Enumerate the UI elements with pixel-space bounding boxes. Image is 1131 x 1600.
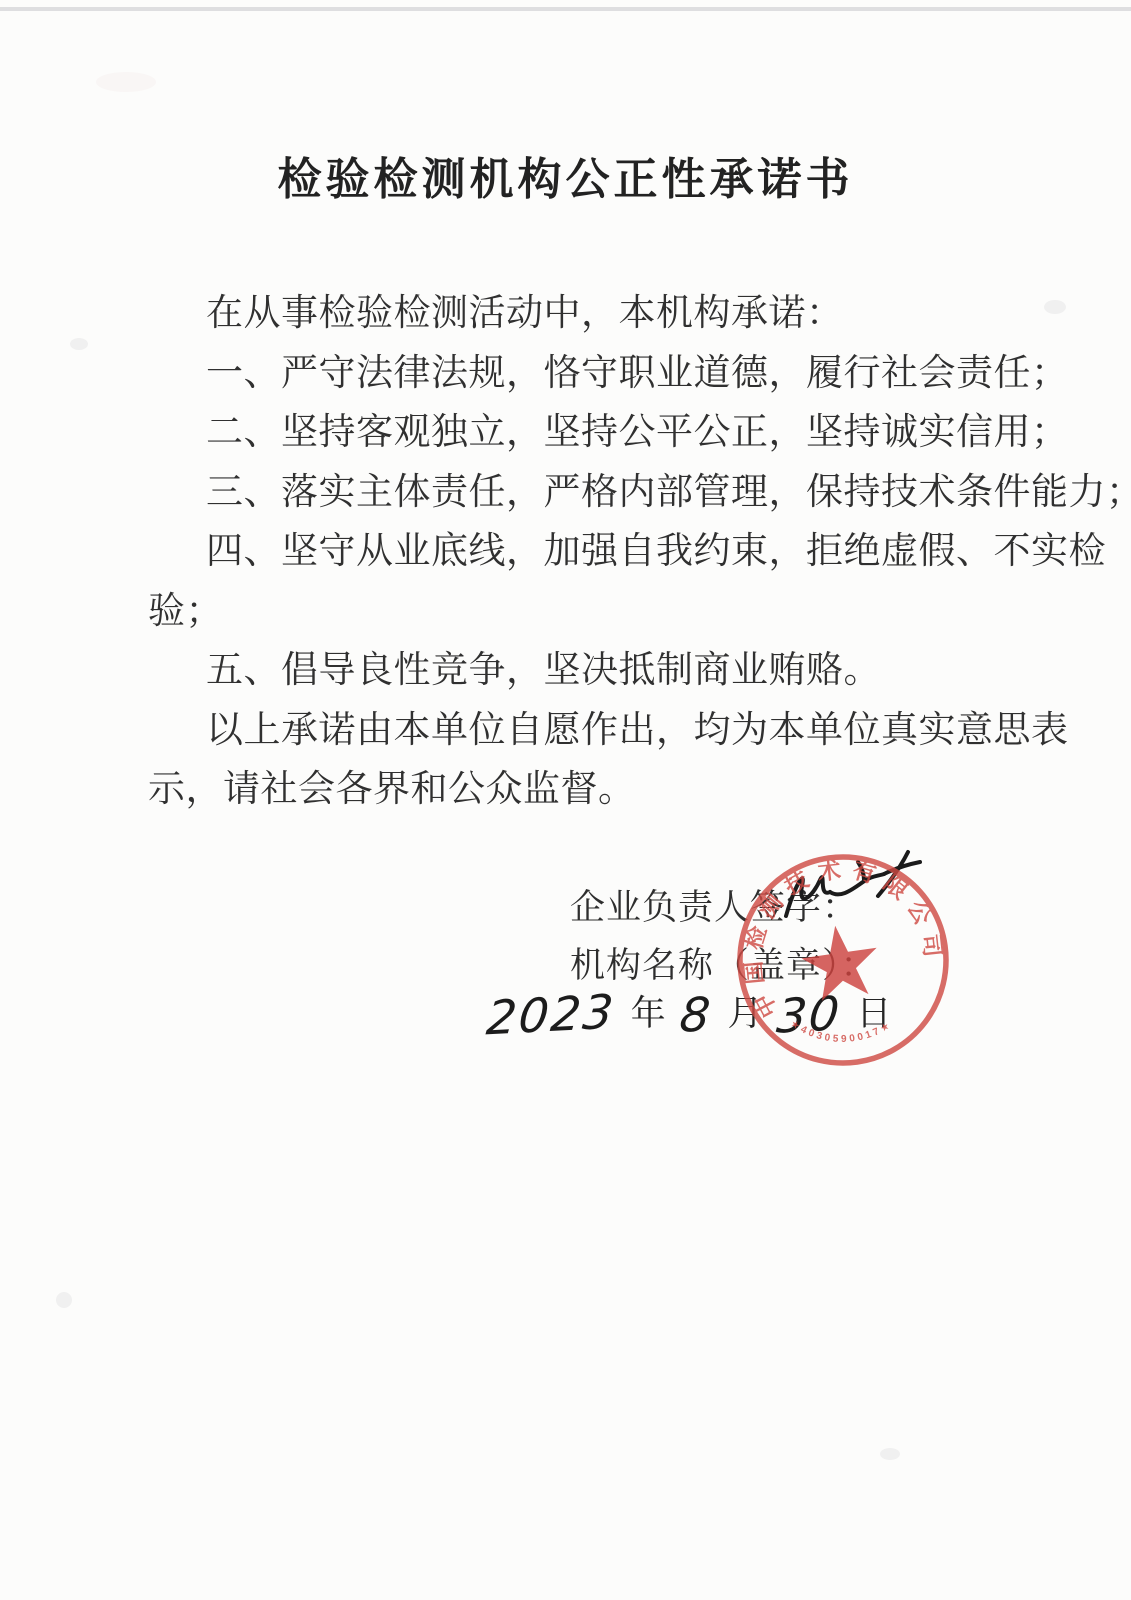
body-line: 四、坚守从业底线，加强自我约束，拒绝虚假、不实检 [148, 522, 1048, 582]
scan-edge-artifact [0, 7, 1131, 11]
seal-serial-number: ★4030590017★ [787, 1005, 896, 1053]
company-seal-stamp: 中国检测技术有限公司 ★4030590017★ [728, 845, 958, 1075]
scan-noise [70, 338, 88, 350]
document-title: 检验检测机构公正性承诺书 [0, 143, 1131, 207]
body-line: 以上承诺由本单位自愿作出，均为本单位真实意思表 [148, 701, 1048, 761]
date-year-unit: 年 [631, 986, 666, 1036]
body-line: 验； [148, 582, 1048, 642]
scan-noise [880, 1448, 900, 1460]
body-line: 示，请社会各界和公众监督。 [148, 760, 1048, 820]
body-line: 在从事检验检测活动中，本机构承诺： [148, 284, 1048, 344]
body-line: 五、倡导良性竞争，坚决抵制商业贿赂。 [148, 641, 1048, 701]
scanned-document-page: 检验检测机构公正性承诺书 在从事检验检测活动中，本机构承诺： 一、严守法律法规，… [0, 0, 1131, 1600]
document-body: 在从事检验检测活动中，本机构承诺： 一、严守法律法规，恪守职业道德，履行社会责任… [148, 284, 1048, 820]
scan-noise [96, 72, 156, 92]
date-year: 2023 [484, 985, 617, 1047]
seal-star-icon [798, 920, 883, 1002]
date-month: 8 [677, 987, 714, 1044]
body-line: 一、严守法律法规，恪守职业道德，履行社会责任； [148, 344, 1048, 404]
body-line: 三、落实主体责任，严格内部管理，保持技术条件能力； [148, 463, 1048, 523]
scan-noise [56, 1292, 72, 1308]
body-line: 二、坚持客观独立，坚持公平公正，坚持诚实信用； [148, 403, 1048, 463]
seal-arc-text: 中国检测技术有限公司 [728, 845, 952, 1024]
